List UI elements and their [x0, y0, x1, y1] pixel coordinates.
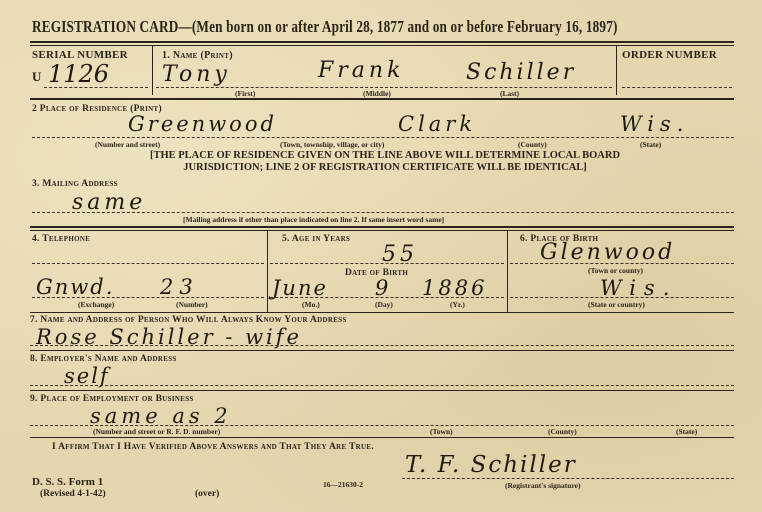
birth-sub-town: (Town or county) [588, 266, 643, 275]
name-sub-middle: (Middle) [363, 89, 391, 98]
divider [152, 45, 153, 95]
notice-line-1: [THE PLACE OF RESIDENCE GIVEN ON THE LIN… [75, 150, 695, 162]
residence-sub-county: (County) [518, 140, 547, 149]
contact-line [30, 345, 734, 346]
telephone-sub-number: (Number) [176, 300, 208, 309]
dob-line [270, 297, 504, 298]
telephone-upper-line [32, 263, 264, 264]
birth-town-line [510, 263, 734, 264]
rule [30, 312, 734, 313]
rule [30, 390, 734, 391]
rule [30, 98, 734, 100]
dob-sub-year: (Yr.) [450, 300, 465, 309]
residence-county[interactable]: Clark [398, 112, 476, 136]
employment-line [30, 425, 734, 426]
divider [616, 45, 617, 95]
residence-line [32, 137, 734, 138]
contact-person-label: 7. Name and Address of Person Who Will A… [30, 315, 347, 325]
mailing-line [32, 212, 734, 213]
residence-notice: [THE PLACE OF RESIDENCE GIVEN ON THE LIN… [75, 150, 695, 174]
telephone-number[interactable]: 23 [160, 275, 199, 299]
name-line [156, 87, 612, 88]
employment-sub-town: (Town) [430, 427, 453, 436]
name-sub-last: (Last) [500, 89, 519, 98]
form-name: D. S. S. Form 1 [32, 476, 103, 488]
top-rule-inner [30, 45, 734, 46]
residence-sub-street: (Number and street) [95, 140, 160, 149]
serial-number-value[interactable]: 1126 [48, 60, 109, 88]
employment-sub-street: (Number and street or R. F. D. number) [93, 427, 220, 436]
employment-sub-county: (County) [548, 427, 577, 436]
signature-sub: (Registrant's signature) [505, 481, 580, 490]
residence-town[interactable]: Greenwood [128, 112, 277, 136]
affirmation-text: I Affirm That I Have Verified Above Answ… [52, 442, 374, 452]
card-title: REGISTRATION CARD—(Men born on or after … [32, 17, 618, 37]
residence-sub-town: (Town, township, village, or city) [280, 140, 384, 149]
birth-state-line [510, 297, 734, 298]
rule [30, 437, 734, 438]
dob-sub-day: (Day) [375, 300, 393, 309]
form-print-code: 16—21630-2 [323, 480, 363, 489]
name-first[interactable]: Tony [162, 62, 231, 87]
age-label: 5. Age in Years [282, 234, 350, 244]
signature-value[interactable]: T. F. Schiller [405, 452, 577, 478]
residence-sub-state: (State) [640, 140, 661, 149]
top-rule [30, 41, 734, 43]
divider [267, 230, 268, 312]
dob-sub-month: (Mo.) [302, 300, 320, 309]
rule [30, 350, 734, 351]
birth-town[interactable]: Glenwood [540, 240, 675, 265]
name-label: 1. Name (Print) [162, 50, 233, 61]
registration-card: REGISTRATION CARD—(Men born on or after … [0, 0, 762, 512]
employment-place-label: 9. Place of Employment or Business [30, 394, 194, 404]
telephone-exchange[interactable]: Gnwd. [36, 275, 114, 299]
form-revised: (Revised 4-1-42) [40, 489, 106, 499]
employment-sub-state: (State) [676, 427, 697, 436]
telephone-line [32, 297, 264, 298]
notice-line-2: JURISDICTION; LINE 2 OF REGISTRATION CER… [75, 162, 695, 174]
residence-state[interactable]: Wis. [620, 112, 689, 136]
serial-line [44, 87, 148, 88]
serial-prefix: U [32, 69, 41, 85]
name-middle[interactable]: Frank [318, 58, 404, 83]
birth-sub-state: (State or country) [588, 300, 645, 309]
name-last[interactable]: Schiller [466, 60, 576, 85]
signature-line [402, 478, 734, 479]
mailing-address-label: 3. Mailing Address [32, 179, 118, 189]
employer-label: 8. Employer's Name and Address [30, 354, 177, 364]
telephone-sub-exchange: (Exchange) [78, 300, 114, 309]
age-line [270, 263, 504, 264]
rule [30, 226, 734, 228]
name-sub-first: (First) [235, 89, 255, 98]
order-number-field[interactable] [622, 87, 732, 88]
rule-inner [30, 230, 734, 231]
telephone-label: 4. Telephone [32, 234, 90, 244]
employer-line [30, 385, 734, 386]
mailing-sub: [Mailing address if other than place ind… [183, 215, 444, 224]
divider [507, 230, 508, 312]
order-number-label: ORDER NUMBER [622, 49, 717, 61]
form-over: (over) [195, 489, 219, 499]
